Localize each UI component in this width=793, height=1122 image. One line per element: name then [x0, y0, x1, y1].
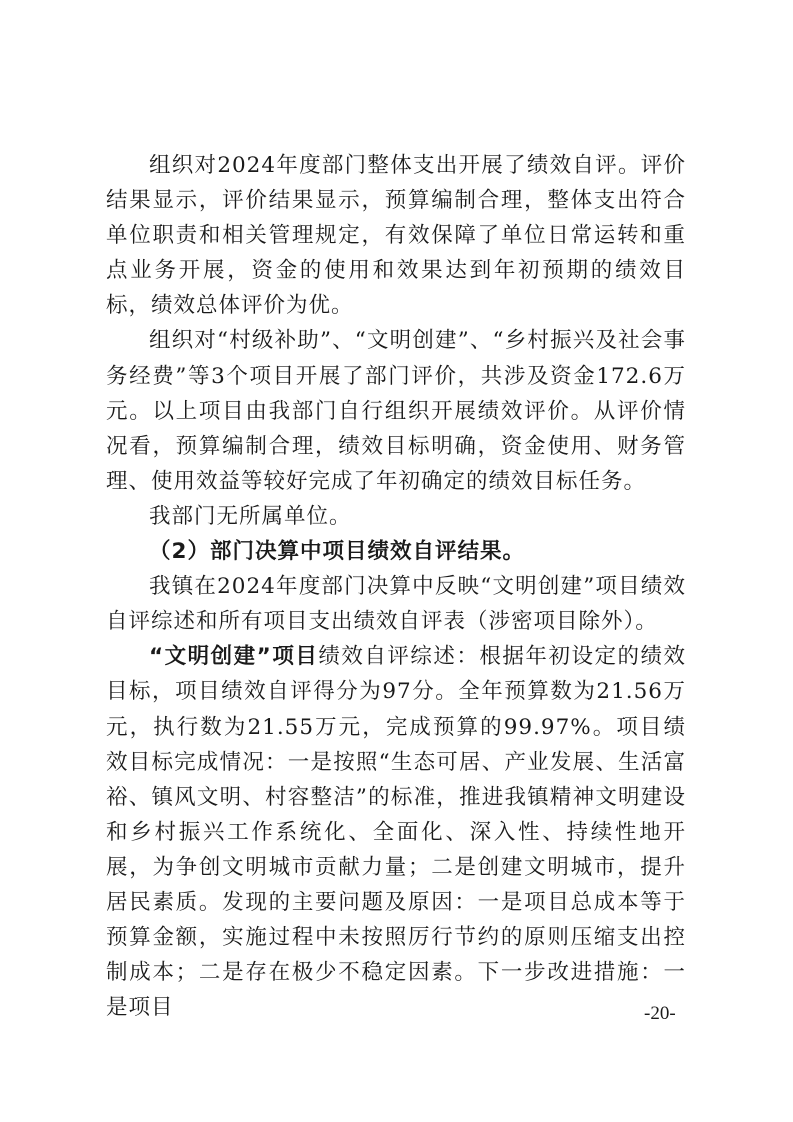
project-name-label: “文明创建”项目 — [149, 644, 318, 669]
section-heading: （2）部门决算中项目绩效自评结果。 — [106, 534, 686, 569]
paragraph-project-evaluation: 组织对“村级补助”、“文明创建”、“乡村振兴及社会事务经费”等3个项目开展了部门… — [106, 323, 686, 498]
paragraph-project-summary: “文明创建”项目绩效自评综述：根据年初设定的绩效目标，项目绩效自评得分为97分。… — [106, 639, 686, 1025]
project-summary-text: 绩效自评综述：根据年初设定的绩效目标，项目绩效自评得分为97分。全年预算数为21… — [106, 644, 686, 1020]
document-body: 组织对2024年度部门整体支出开展了绩效自评。评价结果显示，评价结果显示，预算编… — [106, 148, 686, 1025]
paragraph-overall-self-evaluation: 组织对2024年度部门整体支出开展了绩效自评。评价结果显示，评价结果显示，预算编… — [106, 148, 686, 323]
page-number: -20- — [644, 1003, 676, 1025]
paragraph-no-subordinate-units: 我部门无所属单位。 — [106, 499, 686, 534]
paragraph-final-accounts: 我镇在2024年度部门决算中反映“文明创建”项目绩效自评综述和所有项目支出绩效自… — [106, 569, 686, 639]
